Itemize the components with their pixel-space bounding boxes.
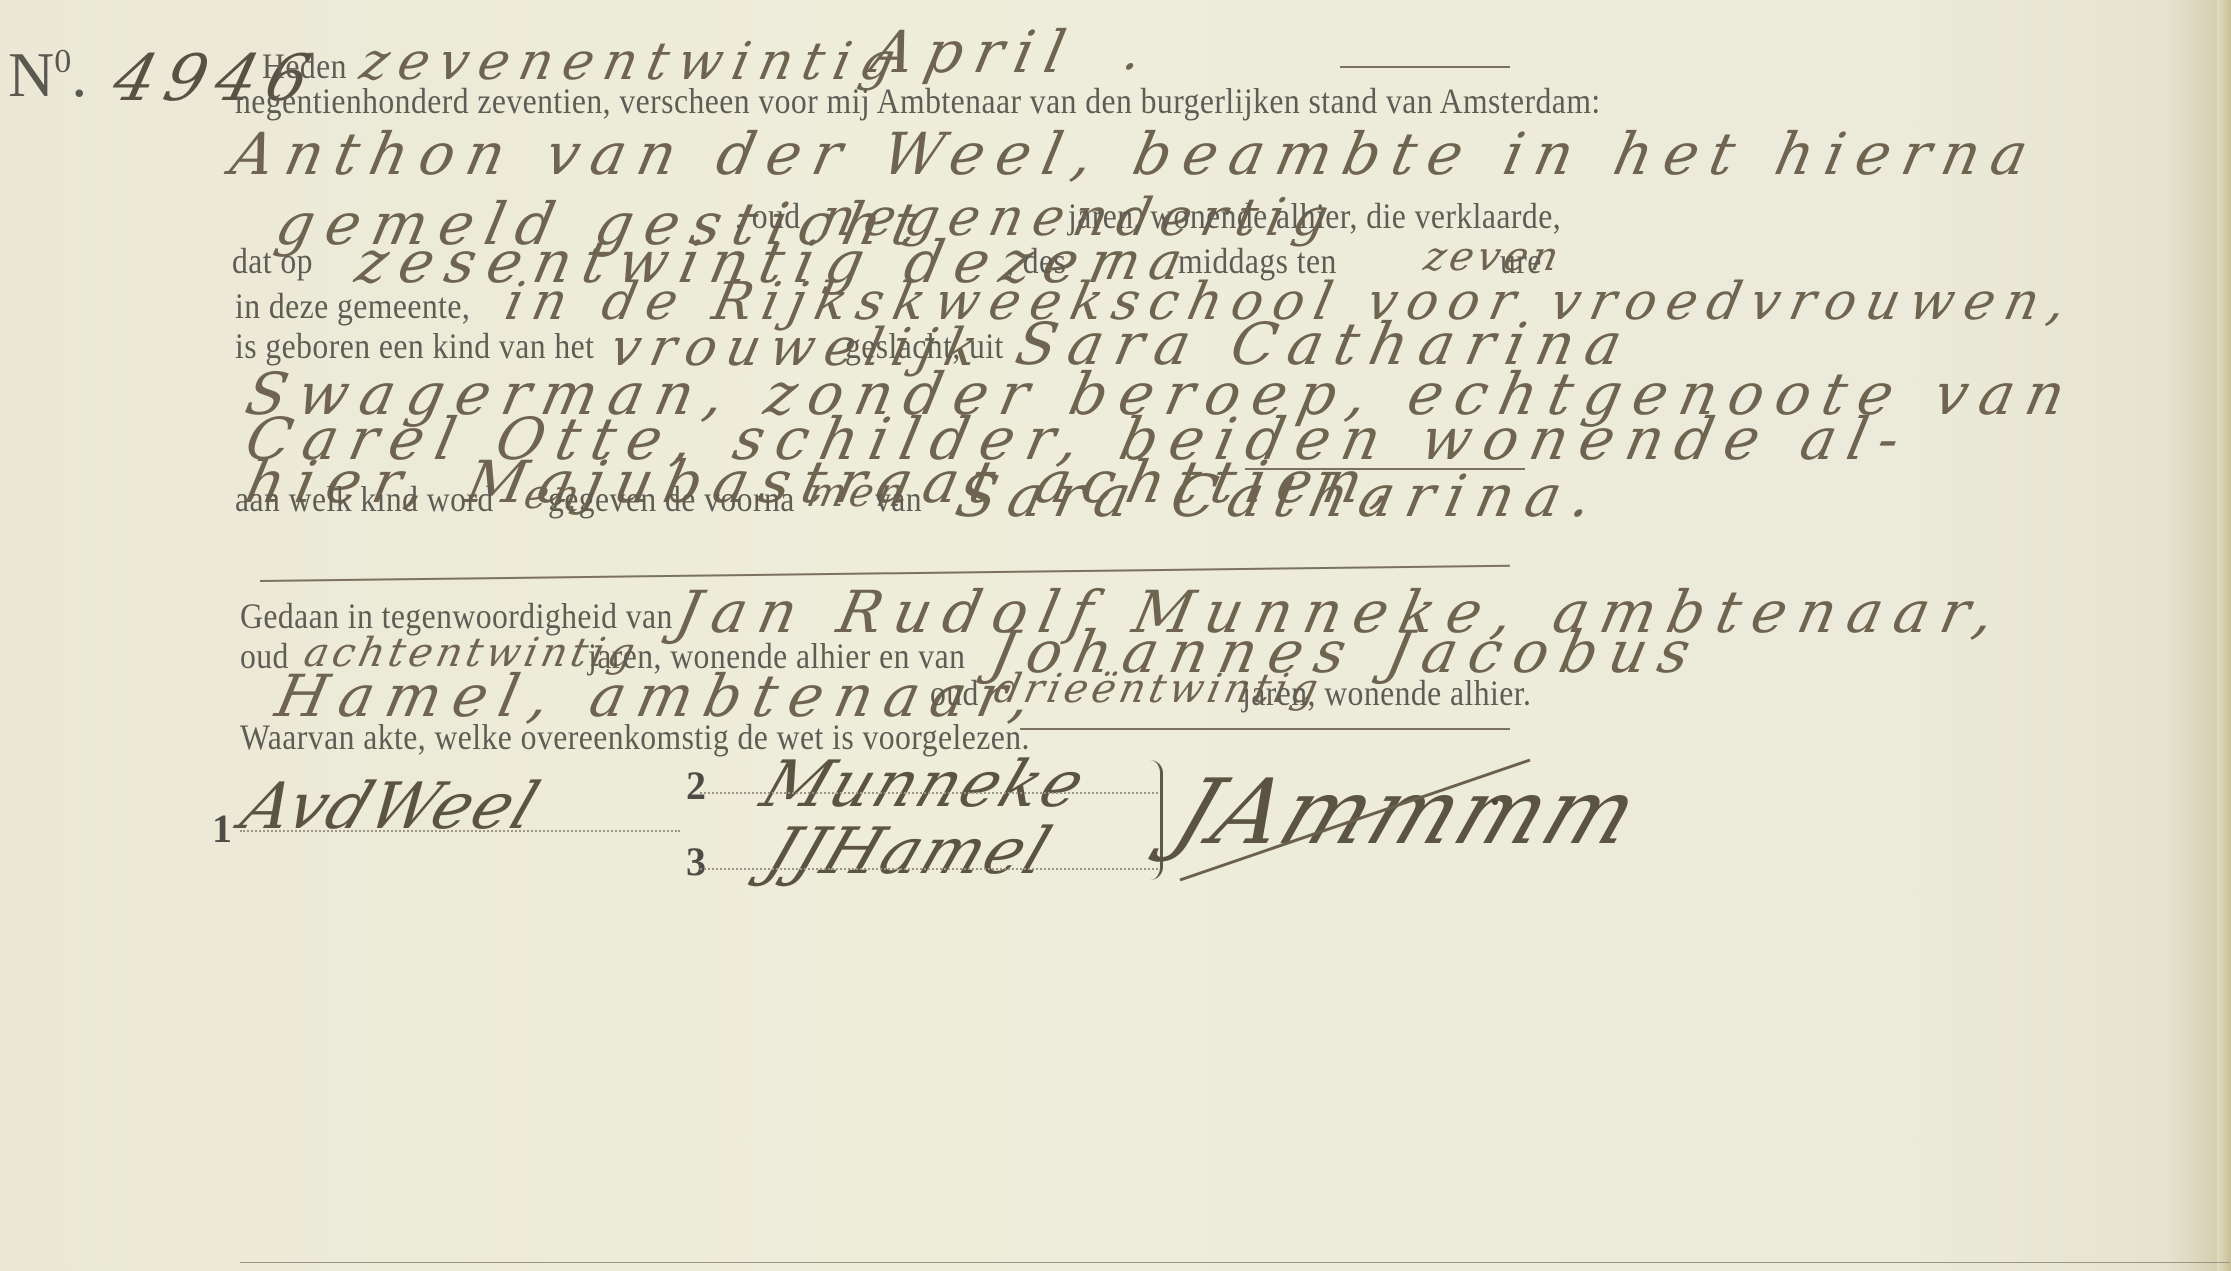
fill-rule [1340,66,1510,68]
signature-line-2 [700,792,1158,794]
official-flourish-icon [1170,730,1550,890]
entry-number-label: N0. [8,38,87,112]
signature-witness-1: Munneke [752,748,1097,822]
signature-number-2: 2 [686,762,706,809]
print-van: van [875,478,922,520]
print-oud-3: oud [930,672,979,714]
print-dat-op: dat op [232,240,313,282]
register-page: N0. 4946 Heden zevenentwintig April . ne… [0,0,2231,1271]
hand-child-names: Sara Catharina. [950,462,1610,530]
hand-declarant: Anthon van der Weel, beambte in het hier… [225,120,2046,188]
signature-line-3 [700,868,1158,870]
bottom-rule [240,1262,2230,1263]
print-gemeente: in deze gemeente, [235,285,470,327]
hand-period: . [1118,22,1157,82]
print-line-4-end: jaren, wonende alhier, die verklaarde, [1068,195,1561,237]
signature-number-1: 1 [212,805,232,852]
page-edge [2217,0,2231,1271]
signature-line-1 [240,830,680,832]
print-welk-kind: aan welk kind word [235,478,494,520]
print-voorna: gegeven de voorna [548,478,795,520]
print-line-2: negentienhonderd zeventien, verscheen vo… [235,80,1601,122]
signature-witness-2: JJHamel [757,815,1062,889]
hand-month: April [865,18,1083,86]
print-line-14-end: jaren, wonende alhier. [1242,672,1531,714]
signature-number-3: 3 [686,838,706,885]
signature-declarant: AvdWeel [232,770,550,844]
